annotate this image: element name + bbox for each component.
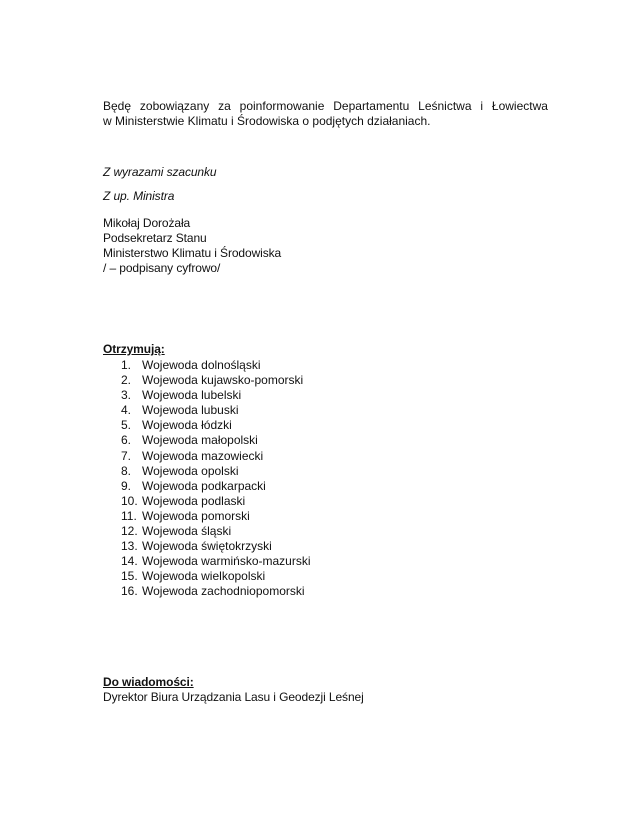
recipient-number: 13. [121,539,142,554]
recipient-item: 12.Wojewoda śląski [121,524,311,539]
recipient-item: 14.Wojewoda warmińsko-mazurski [121,554,311,569]
recipient-number: 9. [121,479,142,494]
recipient-item: 1.Wojewoda dolnośląski [121,358,311,373]
recipients-list: 1.Wojewoda dolnośląski2.Wojewoda kujawsk… [121,358,311,600]
word: Łowiectwa [492,99,548,114]
recipient-number: 2. [121,373,142,388]
recipient-label: Wojewoda łódzki [142,418,232,433]
recipient-item: 9.Wojewoda podkarpacki [121,479,311,494]
body-paragraph: Będę zobowiązany za poinformowanie Depar… [103,99,548,129]
recipients-heading: Otrzymują: [103,342,165,357]
recipient-number: 3. [121,388,142,403]
word: Będę [103,99,131,114]
recipient-item: 2.Wojewoda kujawsko-pomorski [121,373,311,388]
recipient-label: Wojewoda zachodniopomorski [142,584,305,599]
recipient-number: 14. [121,554,142,569]
word: Leśnictwa [418,99,471,114]
signatory-name: Mikołaj Dorożała [103,216,190,231]
recipient-number: 6. [121,433,142,448]
recipient-label: Wojewoda podlaski [142,494,245,509]
recipient-label: Wojewoda wielkopolski [142,569,265,584]
digital-signature-note: / – podpisany cyfrowo/ [103,261,220,276]
recipient-number: 11. [121,509,142,524]
recipient-item: 6.Wojewoda małopolski [121,433,311,448]
word: poinformowanie [240,99,325,114]
body-paragraph-line-1: Będę zobowiązany za poinformowanie Depar… [103,99,548,114]
recipient-item: 3.Wojewoda lubelski [121,388,311,403]
recipient-label: Wojewoda warmińsko-mazurski [142,554,311,569]
signatory-institution: Ministerstwo Klimatu i Środowiska [103,246,281,261]
document-page: Będę zobowiązany za poinformowanie Depar… [0,0,629,828]
body-paragraph-line-2: w Ministerstwie Klimatu i Środowiska o p… [103,114,548,129]
recipient-number: 1. [121,358,142,373]
recipient-label: Wojewoda lubelski [142,388,241,403]
recipient-item: 16.Wojewoda zachodniopomorski [121,584,311,599]
recipient-item: 7.Wojewoda mazowiecki [121,449,311,464]
recipient-item: 4.Wojewoda lubuski [121,403,311,418]
cc-recipient: Dyrektor Biura Urządzania Lasu i Geodezj… [103,690,364,705]
recipient-number: 16. [121,584,142,599]
recipient-label: Wojewoda podkarpacki [142,479,266,494]
signatory-position: Podsekretarz Stanu [103,231,207,246]
word: i [480,99,483,114]
recipient-number: 12. [121,524,142,539]
recipient-number: 10. [121,494,142,509]
recipient-label: Wojewoda małopolski [142,433,258,448]
recipient-label: Wojewoda dolnośląski [142,358,261,373]
recipient-number: 4. [121,403,142,418]
recipient-item: 10.Wojewoda podlaski [121,494,311,509]
recipient-number: 7. [121,449,142,464]
recipient-item: 8.Wojewoda opolski [121,464,311,479]
word: Departamentu [333,99,409,114]
on-behalf-line: Z up. Ministra [103,189,174,204]
recipient-item: 15.Wojewoda wielkopolski [121,569,311,584]
recipient-item: 5.Wojewoda łódzki [121,418,311,433]
recipient-label: Wojewoda mazowiecki [142,449,263,464]
recipient-number: 15. [121,569,142,584]
recipient-label: Wojewoda lubuski [142,403,239,418]
recipient-label: Wojewoda świętokrzyski [142,539,272,554]
word: zobowiązany [140,99,209,114]
recipient-number: 8. [121,464,142,479]
cc-heading: Do wiadomości: [103,675,194,690]
recipient-label: Wojewoda śląski [142,524,231,539]
recipient-number: 5. [121,418,142,433]
closing-salutation: Z wyrazami szacunku [103,165,216,180]
recipient-item: 13.Wojewoda świętokrzyski [121,539,311,554]
recipient-item: 11.Wojewoda pomorski [121,509,311,524]
recipient-label: Wojewoda opolski [142,464,239,479]
recipient-label: Wojewoda pomorski [142,509,250,524]
word: za [218,99,231,114]
recipient-label: Wojewoda kujawsko-pomorski [142,373,303,388]
